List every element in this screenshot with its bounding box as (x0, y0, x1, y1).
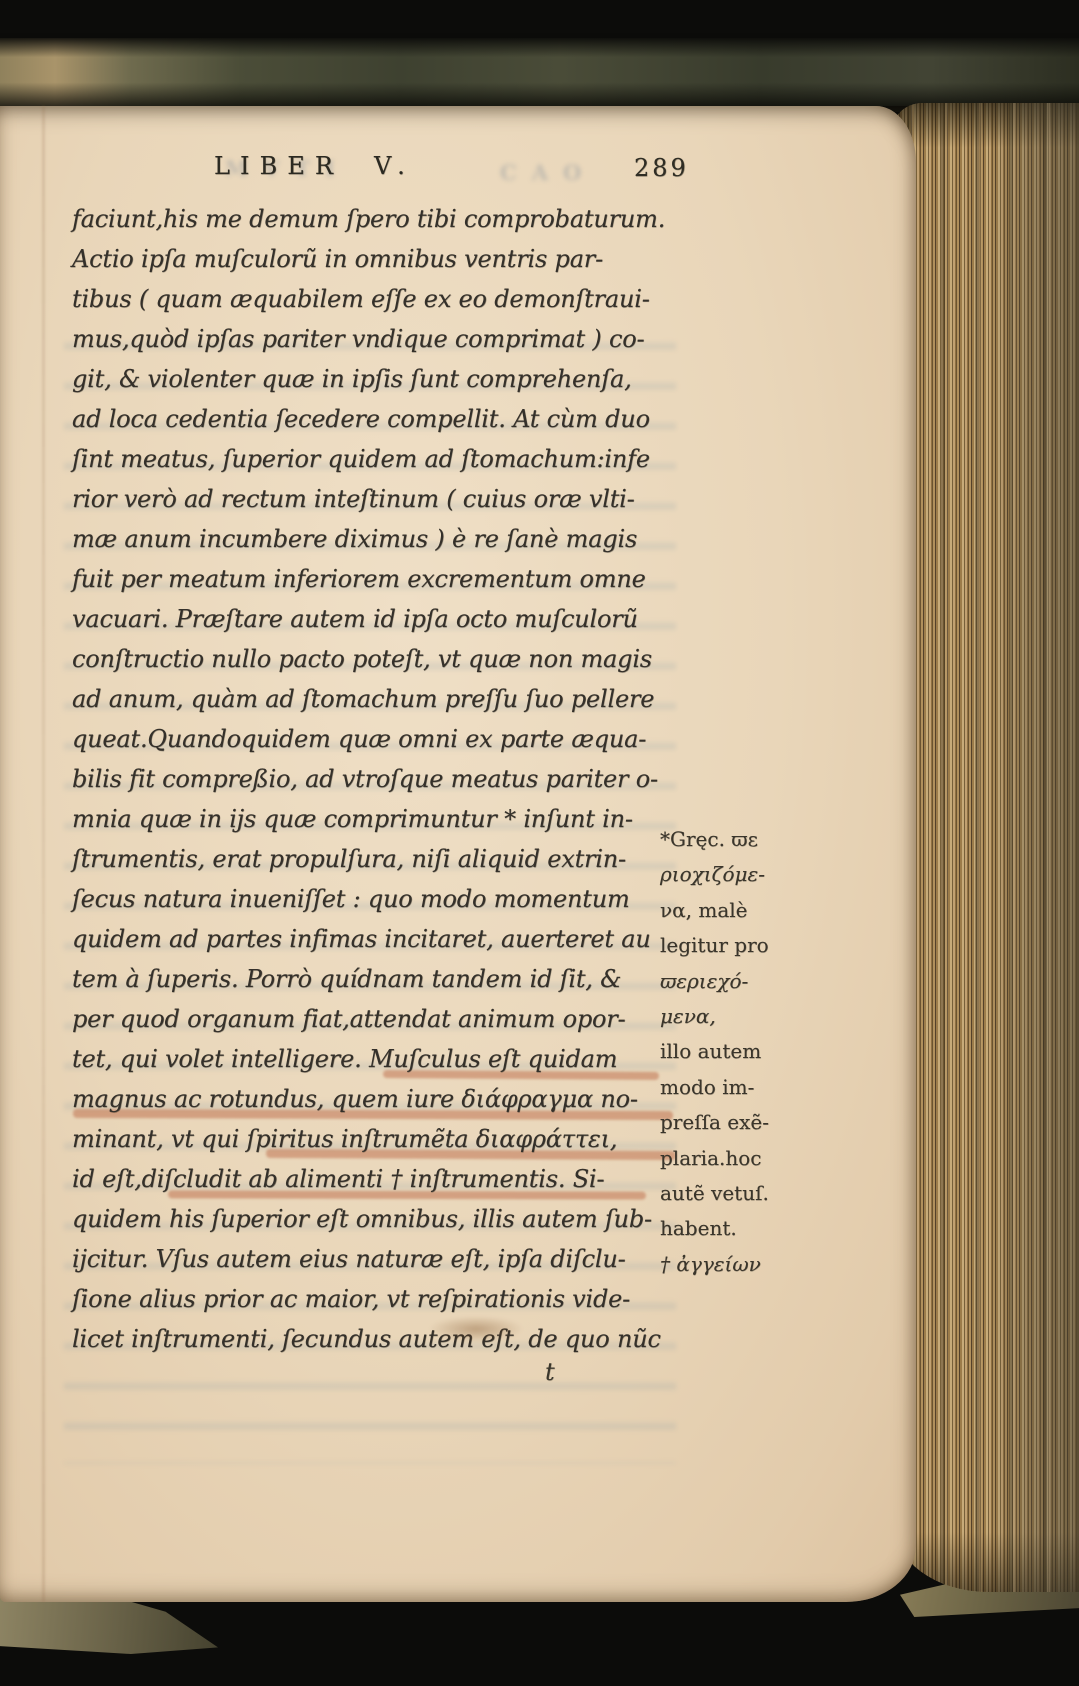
text-line: rior verò ad rectum inteſtinum ( cuius o… (72, 479, 672, 519)
text-line: vacuari. Præſtare autem id ipſa octo muſ… (72, 599, 672, 639)
show-through-ghost: CAO (500, 160, 596, 185)
margin-note-line: ριοχιζόμε- (660, 857, 810, 892)
margin-note-line: plaria.hoc (660, 1141, 810, 1176)
margin-note-line: preſſa exẽ- (660, 1105, 810, 1140)
marginalia-column: *Gręc. ϖε ριοχιζόμε- να, malè legitur pr… (660, 822, 810, 1282)
text-line: bilis fit compreßio, ad vtroſque meatus … (72, 759, 672, 799)
margin-note-line: legitur pro (660, 928, 810, 963)
margin-note-line: autẽ vetuſ. (660, 1176, 810, 1211)
text-line: mnia quæ in ijs quæ comprimuntur * inſun… (72, 799, 672, 839)
running-header-title: LIBER V. (214, 152, 415, 180)
signature-mark: t (545, 1358, 555, 1386)
page-number: 289 (634, 154, 689, 182)
text-line: per quod organum fiat,attendat animum op… (72, 999, 672, 1039)
text-line: ijcitur. Vſus autem eius naturæ eſt, ipſ… (72, 1239, 672, 1279)
text-line: ſtrumentis, erat propulſura, niſi aliqui… (72, 839, 672, 879)
text-line: ſione alius prior ac maior, vt reſpirati… (72, 1279, 672, 1319)
text-line: id eſt,diſcludit ab alimenti † inſtrumen… (72, 1159, 672, 1199)
margin-note-line: μενα, (660, 999, 810, 1034)
text-line: mæ anum incumbere diximus ) è re ſanè ma… (72, 519, 672, 559)
margin-note-line: illo autem (660, 1034, 810, 1069)
text-line: conſtructio nullo pacto poteſt, vt quæ n… (72, 639, 672, 679)
book-page: MVTI CAO LIBER V. 289 faciunt,his me dem… (0, 106, 916, 1602)
text-line: queat.Quandoquidem quæ omni ex parte æqu… (72, 719, 672, 759)
text-line: ſecus natura inueniſſet : quo modo momen… (72, 879, 672, 919)
margin-note-line: † ἀγγείων (660, 1247, 810, 1282)
text-line: minant, vt qui ſpiritus inſtrumẽta διαφρ… (72, 1119, 672, 1159)
scanned-book-photo: MVTI CAO LIBER V. 289 faciunt,his me dem… (0, 0, 1079, 1686)
text-line: tet, qui volet intelligere. Muſculus eſt… (72, 1039, 672, 1079)
margin-note-line: modo im- (660, 1070, 810, 1105)
margin-note-line: habent. (660, 1211, 810, 1246)
text-line: ſint meatus, ſuperior quidem ad ſtomachu… (72, 439, 672, 479)
text-line: Actio ipſa muſculorũ in omnibus ventris … (72, 239, 672, 279)
text-line: git, & violenter quæ in ipſis ſunt compr… (72, 359, 672, 399)
text-line: ad loca cedentia ſecedere compellit. At … (72, 399, 672, 439)
text-line: faciunt,his me demum ſpero tibi comproba… (72, 199, 672, 239)
text-line: quidem his ſuperior eſt omnibus, illis a… (72, 1199, 672, 1239)
margin-note-line: ϖεριεχό- (660, 964, 810, 999)
text-line: magnus ac rotundus, quem iure διάφραγμα … (72, 1079, 672, 1119)
text-line: tibus ( quam æquabilem eſſe ex eo demonſ… (72, 279, 672, 319)
margin-note-line: να, malè (660, 893, 810, 928)
page-text-block: faciunt,his me demum ſpero tibi comproba… (72, 199, 672, 1359)
text-line: quidem ad partes infimas incitaret, auer… (72, 919, 672, 959)
text-line: mus,quòd ipſas pariter vndique comprimat… (72, 319, 672, 359)
text-line: tem à ſuperis. Porrò quídnam tandem id ſ… (72, 959, 672, 999)
page-crease (42, 106, 45, 1602)
text-line: licet inſtrumenti, ſecundus autem eſt, d… (72, 1319, 672, 1359)
ink-stain (428, 1316, 524, 1342)
book-cover-top-edge (0, 38, 1079, 112)
text-line: fuit per meatum inferiorem excrementum o… (72, 559, 672, 599)
margin-note-line: *Gręc. ϖε (660, 822, 810, 857)
text-line: ad anum, quàm ad ſtomachum preſſu ſuo pe… (72, 679, 672, 719)
fore-edge-page-stack (893, 103, 1079, 1592)
